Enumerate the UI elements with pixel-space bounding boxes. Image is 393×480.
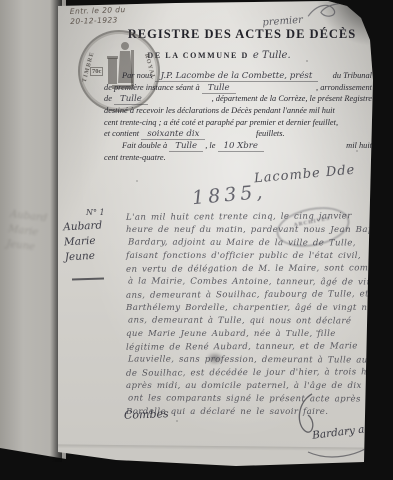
printed-preamble: Par nous J.P. Lacombe de la Combette, pr… [104, 71, 372, 165]
act-line: Barthélemy Bordelle, charpentier, âgé de… [126, 303, 378, 316]
preamble-line-4: destiné à recevoir les déclarations de D… [104, 106, 372, 118]
date-handwritten: 10 Xbre [218, 141, 264, 152]
act-line: à la Mairie, Combes Antoine, tanneur, âg… [128, 276, 380, 290]
witness-signature: Combes [124, 407, 169, 422]
act-number: N° 1 [86, 208, 118, 217]
sheet-count-handwritten: soixante dix [141, 129, 205, 140]
archival-entry-note: Entr. le 20 du 20-12-1923 [70, 5, 126, 26]
commune-printed-label: DE LA COMMUNE D [147, 51, 249, 60]
preamble-line-7: Fait double à Tulle , le 10 Xbre mil hui… [104, 141, 372, 153]
city-handwritten-3: Tulle [169, 141, 203, 152]
act-line: heure de neuf du matin, pardevant nous J… [126, 225, 378, 238]
city-handwritten-1: Tulle [202, 83, 236, 94]
act-line: de Souilhac, est décédée le jour d'hier,… [126, 367, 378, 382]
commune-handwritten-name: e Tulle. [253, 50, 291, 61]
act-line: L'an mil huit cent trente cinq, le cinq … [126, 211, 378, 226]
act-line: légitime de René Aubard, tanneur, et de … [126, 341, 378, 356]
scanned-register-photo: Aubard Marie Jeune Entr. le 20 du 20-12-… [0, 0, 393, 480]
act-margin: N° 1 Aubard Marie Jeune [64, 208, 118, 280]
act-line: faisant fonctions d'officier public de l… [126, 251, 378, 264]
tribunal-judge-handwritten: J.P. Lacombe de la Combette, prést [155, 71, 319, 82]
stamp-value-label: 70c [90, 67, 103, 76]
act-body-handwriting: L'an mil huit cent trente cinq, le cinq … [126, 212, 378, 420]
preamble-line-5: cent trente-cinq ; a été coté et paraphé… [104, 118, 372, 130]
act-line: que Marie Jeune Aubard, née à Tulle, fil… [126, 329, 378, 342]
register-title: REGISTRE DES ACTES DE DÉCÈS [114, 27, 370, 42]
signature-flourish-icon [304, 434, 382, 460]
preamble-line-3: de Tulle , département de la Corrèze, le… [104, 94, 372, 106]
preamble-line-1: Par nous J.P. Lacombe de la Combette, pr… [104, 71, 372, 83]
year-heading: 1835, [191, 181, 267, 209]
register-page: Entr. le 20 du 20-12-1923 premier REGIST… [56, 0, 386, 478]
act-line: ans, demeurant à Souilhac, faubourg de T… [126, 289, 378, 304]
preamble-line-8: cent trente-quatre. [104, 153, 372, 165]
act-line: Bardary, adjoint au Maire de la ville de… [128, 237, 380, 251]
deceased-name-margin: Aubard Marie Jeune [63, 218, 119, 266]
act-line: ont les comparants signé le présent acte… [128, 393, 380, 407]
margin-divider [72, 277, 104, 280]
act-line: ans, demeurant à Tulle, qui nous ont déc… [128, 315, 380, 329]
preamble-line-2: de première instance séant à Tulle , arr… [104, 83, 372, 95]
preamble-line-6: et contient soixante dix feuillets. [104, 129, 372, 141]
paraph-flourish-icon [306, 0, 363, 22]
city-handwritten-2: Tulle [114, 94, 148, 105]
act-line: après midi, au domicile paternel, à l'âg… [126, 381, 378, 394]
act-line: Lauvielle, sans profession, demeurant à … [128, 354, 380, 368]
act-line: en vertu de délégation de M. le Maire, s… [126, 263, 378, 278]
judge-signature: Lacombe Dde [254, 163, 356, 187]
